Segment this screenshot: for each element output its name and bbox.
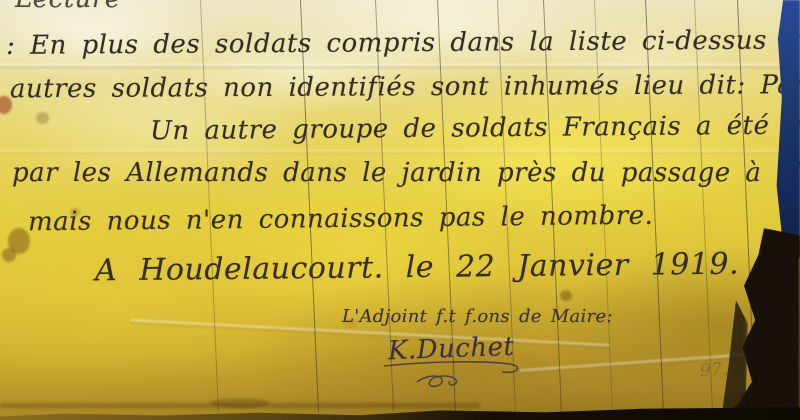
- manuscript-line-4: par les Allemands dans le jardin près du…: [12, 158, 800, 188]
- manuscript-dateline: A Houdelaucourt. le 22 Janvier 1919.: [95, 247, 739, 289]
- stain-spot: [36, 112, 49, 124]
- manuscript-photo: Lecture : En plus des soldats compris da…: [0, 0, 800, 420]
- margin-page-number: 97.: [699, 359, 729, 382]
- manuscript-line-2: autres soldats non identifiés sont inhum…: [10, 70, 800, 105]
- bottom-grime: [0, 403, 480, 408]
- manuscript-line-3: Un autre groupe de soldats Français a ét…: [150, 110, 800, 146]
- signature-role-line: L'Adjoint f.t f.ons de Maire:: [342, 306, 613, 327]
- manuscript-line-1: : En plus des soldats compris dans la li…: [6, 25, 800, 61]
- stain-spot: [2, 248, 16, 262]
- stain-spot: [560, 290, 572, 301]
- signature-flourish: [382, 360, 542, 396]
- manuscript-line-top-clipped: Lecture: [15, 0, 121, 14]
